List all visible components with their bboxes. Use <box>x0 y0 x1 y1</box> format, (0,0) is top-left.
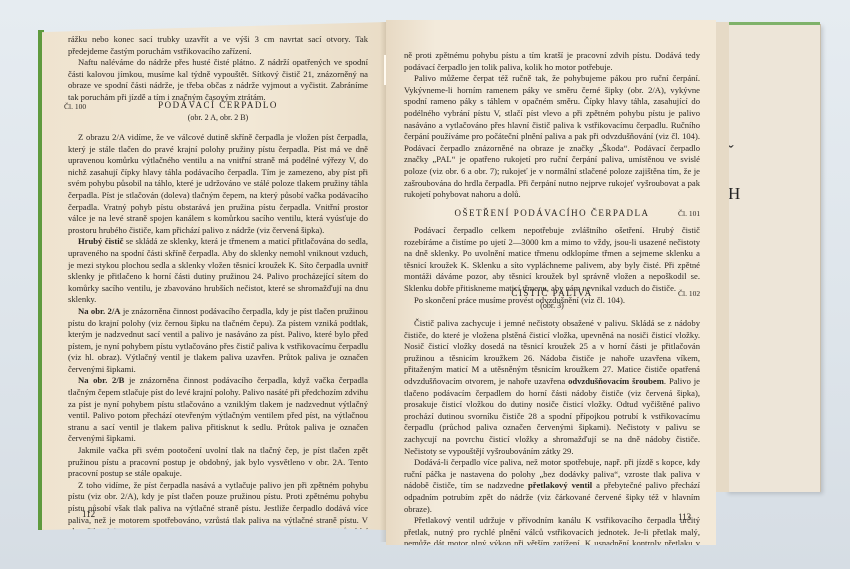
paragraph-text: . Palivo je tlačeno podávacím čerpadlem … <box>404 376 700 456</box>
paragraph: Z toho vidíme, že píst čerpadla nasává a… <box>68 480 368 530</box>
paragraph: Na obr. 2/B je znázorněna činnost podáva… <box>68 375 368 445</box>
intro-text: rážku nebo konec sací trubky uzavřít a v… <box>68 34 368 104</box>
paragraph: Hrubý čistič se skládá ze sklenky, která… <box>68 236 368 306</box>
section-title: PODÁVACÍ ČERPADLO <box>68 100 368 112</box>
bold-term: Na obr. 2/B <box>78 375 124 385</box>
page-stack-edge <box>714 22 729 492</box>
section-number: Čl. 101 <box>678 209 700 218</box>
paragraph-text: je znázorněna činnost podávacího čerpadl… <box>68 375 368 443</box>
paragraph: Přetlakový ventil udržuje v přívodním ka… <box>404 515 700 545</box>
paragraph: Palivo můžeme čerpat též ručně tak, že p… <box>404 73 700 201</box>
paragraph-text: se skládá ze sklenky, která je třmenem a… <box>68 236 368 304</box>
intro-paragraph-2: Naftu naléváme do nádrže přes husté čist… <box>68 57 368 103</box>
page-number: 112 <box>82 509 95 519</box>
bold-term: Na obr. 2/A <box>78 306 120 316</box>
bold-term: odvzdušňovacím šroubem <box>568 376 664 386</box>
section-title: OŠETŘENÍ PODÁVACÍHO ČERPADLA <box>404 208 700 220</box>
section-subtitle: (obr. 3) <box>404 300 700 312</box>
paragraph: Z obrazu 2/A vidíme, že ve válcové dutin… <box>68 132 368 236</box>
section-subtitle: (obr. 2 A, obr. 2 B) <box>68 112 368 124</box>
bleed-through-glyph: H <box>728 184 740 204</box>
section-header: OŠETŘENÍ PODÁVACÍHO ČERPADLA <box>404 208 700 220</box>
bold-term: přetlakový ventil <box>528 480 592 490</box>
page-number: 113 <box>678 512 691 522</box>
section-number: Čl. 102 <box>678 289 700 298</box>
paragraph-text: je znázorněna činnost podávacího čerpadl… <box>68 306 368 374</box>
paragraph: Podávací čerpadlo celkem nepotřebuje zvl… <box>404 225 700 295</box>
body-text: ně proti zpětnému pohybu pístu a tím kra… <box>404 50 700 201</box>
paragraph: Jakmile vačka při svém pootočení uvolní … <box>68 445 368 480</box>
book-back-pages: ˇ H <box>726 24 821 492</box>
body-text: Čistič paliva zachycuje i jemné nečistot… <box>404 318 700 545</box>
paragraph: ně proti zpětnému pohybu pístu a tím kra… <box>404 50 700 73</box>
right-page: ně proti zpětnému pohybu pístu a tím kra… <box>386 20 716 545</box>
left-page: rážku nebo konec sací trubky uzavřít a v… <box>42 22 386 530</box>
body-text: Z obrazu 2/A vidíme, že ve válcové dutin… <box>68 132 368 530</box>
intro-paragraph: rážku nebo konec sací trubky uzavřít a v… <box>68 34 368 57</box>
section-header: PODÁVACÍ ČERPADLO (obr. 2 A, obr. 2 B) <box>68 100 368 123</box>
section-title: ČISTIČ PALIVA <box>404 288 700 300</box>
paragraph: Dodává-li čerpadlo více paliva, než moto… <box>404 457 700 515</box>
green-cover-edge <box>726 22 820 25</box>
paragraph: Čistič paliva zachycuje i jemné nečistot… <box>404 318 700 457</box>
paragraph: Na obr. 2/A je znázorněna činnost podáva… <box>68 306 368 376</box>
bold-term: Hrubý čistič <box>78 236 123 246</box>
section-header: ČISTIČ PALIVA (obr. 3) <box>404 288 700 311</box>
